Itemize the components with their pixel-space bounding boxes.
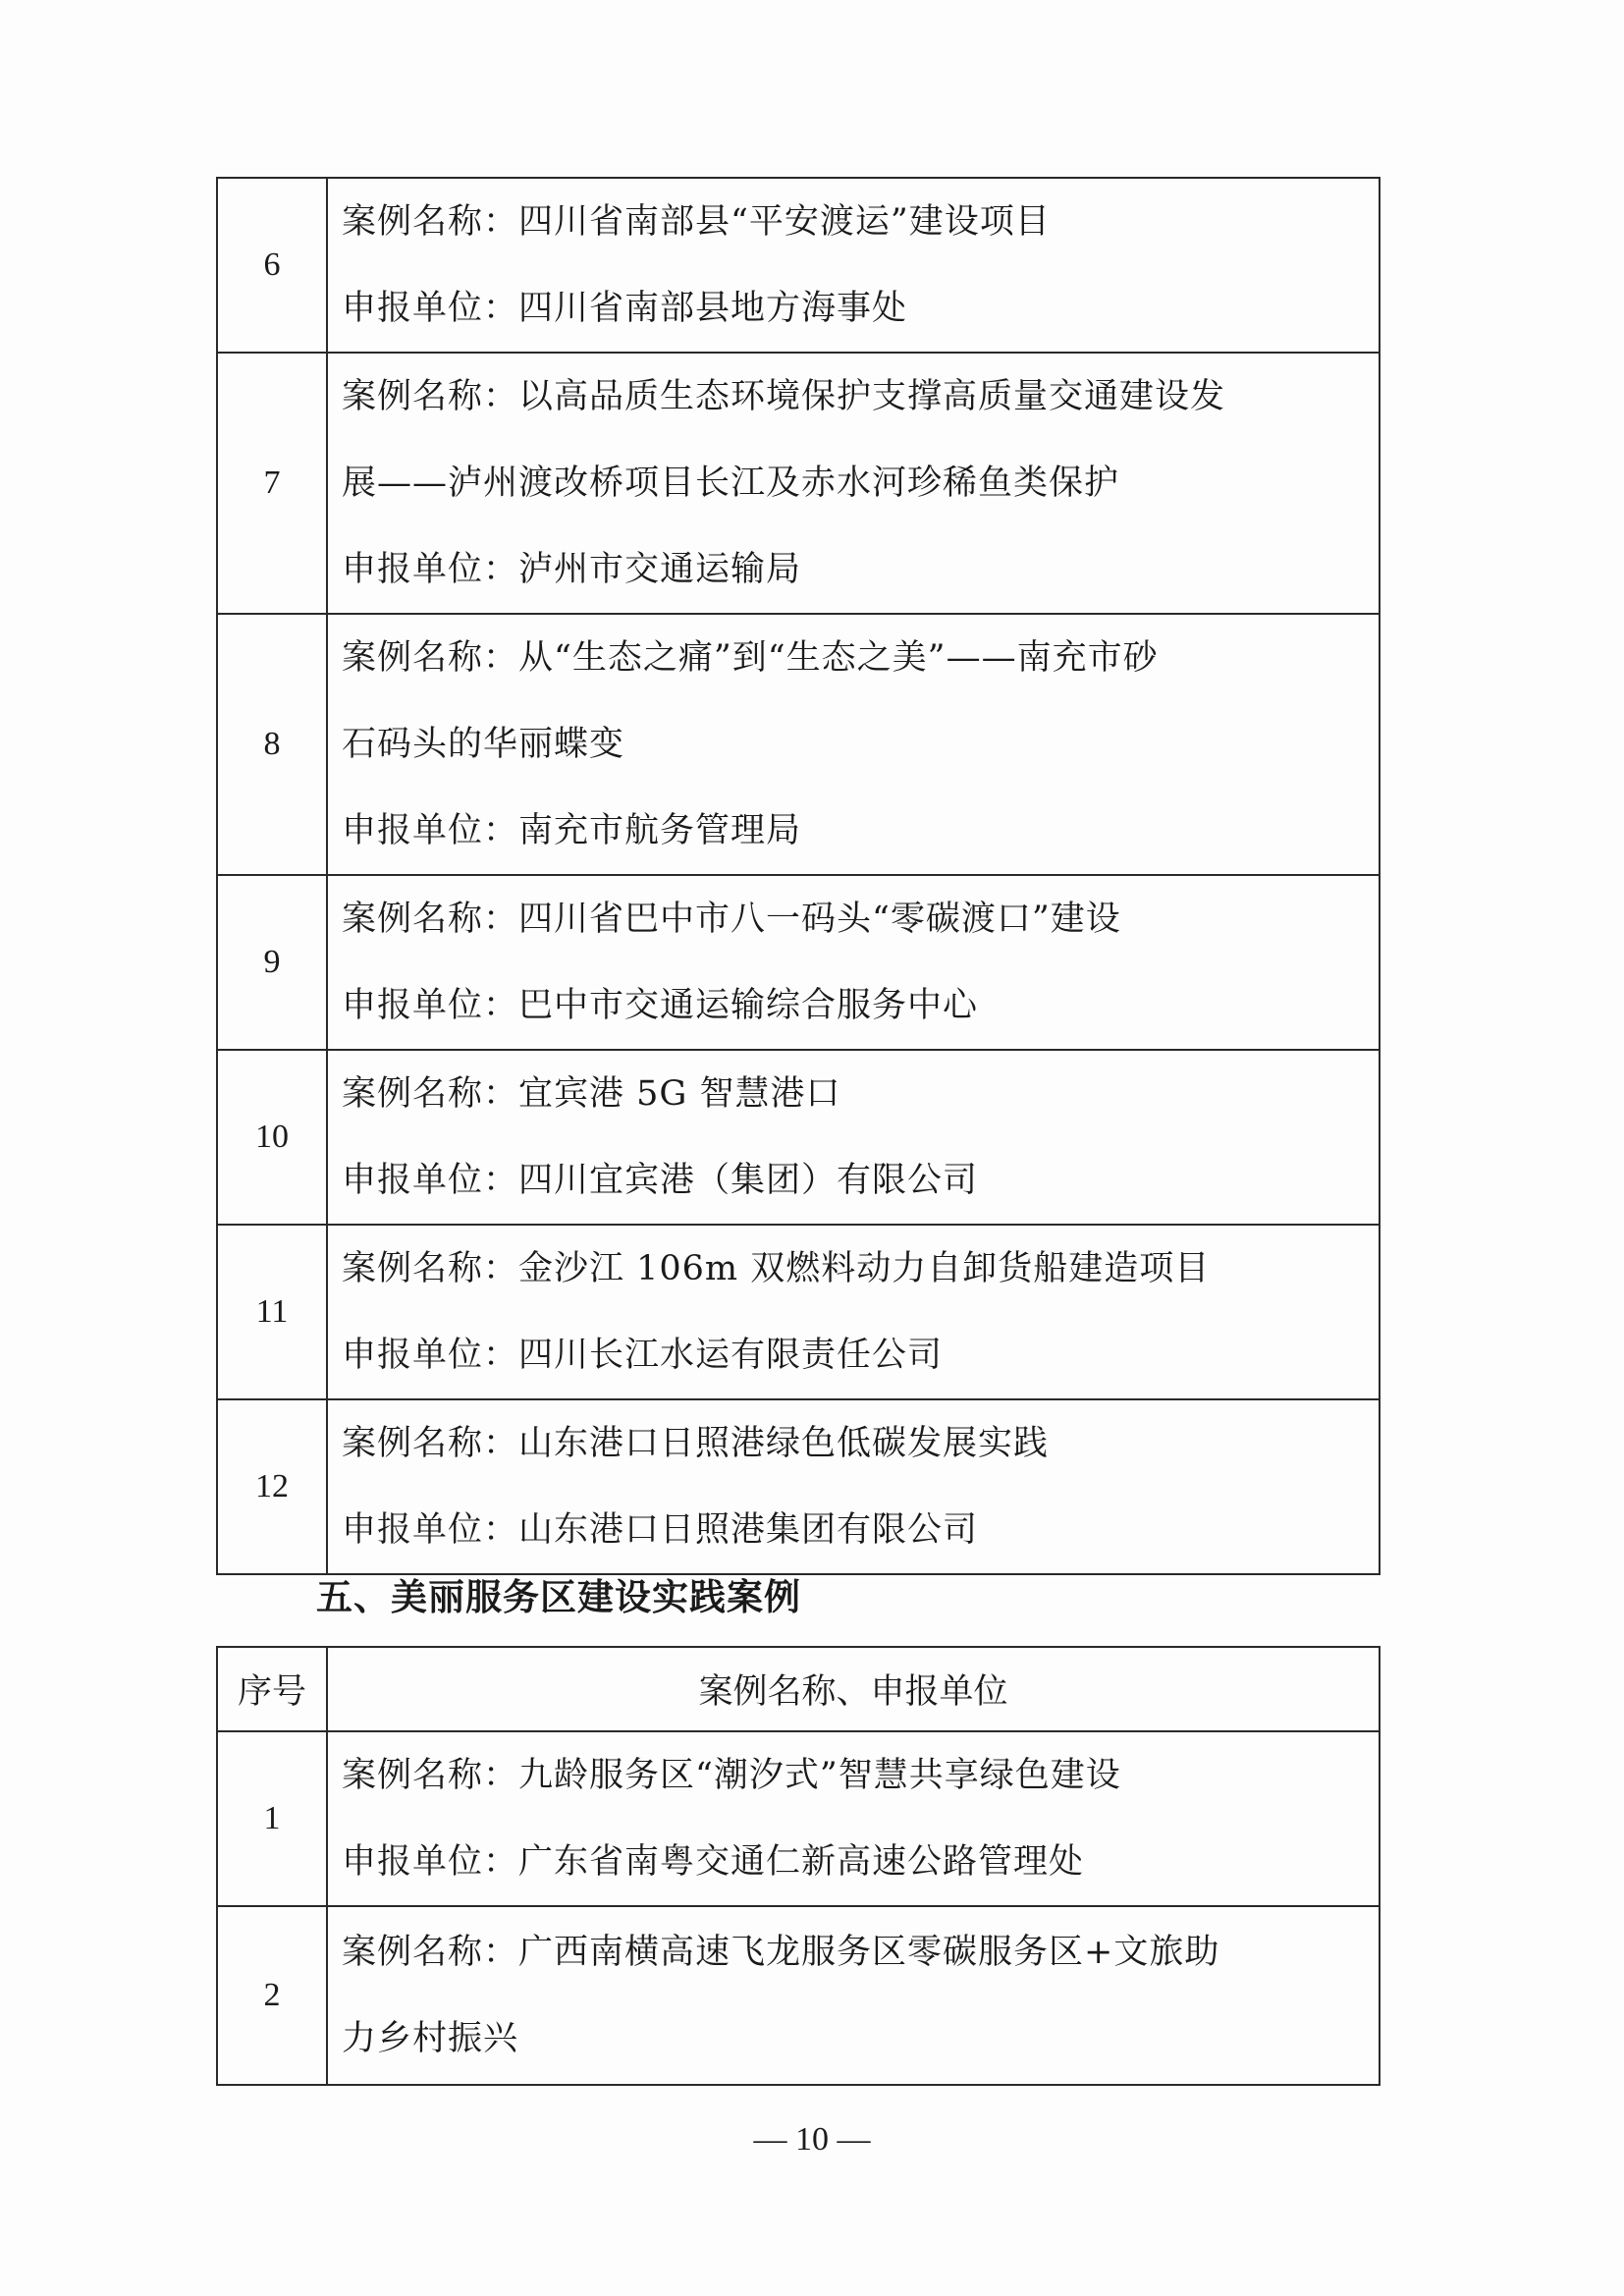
applicant: 申报单位：四川长江水运有限责任公司 bbox=[342, 1312, 1379, 1398]
case-name: 案例名称：从“生态之痛”到“生态之美”——南充市砂 bbox=[342, 615, 1379, 701]
table-row: 7 案例名称：以高品质生态环境保护支撑高质量交通建设发 展——泸州渡改桥项目长江… bbox=[217, 353, 1380, 614]
case-name: 案例名称：广西南横高速飞龙服务区零碳服务区+文旅助 bbox=[342, 1909, 1379, 1995]
row-content: 案例名称：四川省南部县“平安渡运”建设项目 申报单位：四川省南部县地方海事处 bbox=[327, 178, 1380, 353]
header-content: 案例名称、申报单位 bbox=[327, 1647, 1380, 1731]
table-row: 9 案例名称：四川省巴中市八一码头“零碳渡口”建设 申报单位：巴中市交通运输综合… bbox=[217, 875, 1380, 1050]
row-number: 6 bbox=[217, 178, 327, 353]
case-name: 案例名称：四川省南部县“平安渡运”建设项目 bbox=[342, 179, 1379, 265]
row-content: 案例名称：金沙江 106m 双燃料动力自卸货船建造项目 申报单位：四川长江水运有… bbox=[327, 1225, 1380, 1399]
applicant: 申报单位：四川省南部县地方海事处 bbox=[342, 265, 1379, 352]
row-content: 案例名称：山东港口日照港绿色低碳发展实践 申报单位：山东港口日照港集团有限公司 bbox=[327, 1399, 1380, 1574]
applicant: 申报单位：四川宜宾港（集团）有限公司 bbox=[342, 1137, 1379, 1224]
table-row: 11 案例名称：金沙江 106m 双燃料动力自卸货船建造项目 申报单位：四川长江… bbox=[217, 1225, 1380, 1399]
row-content: 案例名称：九龄服务区“潮汐式”智慧共享绿色建设 申报单位：广东省南粤交通仁新高速… bbox=[327, 1731, 1380, 1906]
applicant: 申报单位：广东省南粤交通仁新高速公路管理处 bbox=[342, 1819, 1379, 1905]
case-name-cont: 石码头的华丽蝶变 bbox=[342, 701, 1379, 788]
row-number: 7 bbox=[217, 353, 327, 614]
header-number: 序号 bbox=[217, 1647, 327, 1731]
applicant: 申报单位：泸州市交通运输局 bbox=[342, 526, 1379, 613]
case-name-cont: 力乡村振兴 bbox=[342, 1995, 1379, 2082]
row-content: 案例名称：宜宾港 5G 智慧港口 申报单位：四川宜宾港（集团）有限公司 bbox=[327, 1050, 1380, 1225]
cases-table-section5: 序号 案例名称、申报单位 1 案例名称：九龄服务区“潮汐式”智慧共享绿色建设 申… bbox=[216, 1646, 1380, 2086]
cases-table-section4: 6 案例名称：四川省南部县“平安渡运”建设项目 申报单位：四川省南部县地方海事处… bbox=[216, 177, 1380, 1575]
case-name: 案例名称：宜宾港 5G 智慧港口 bbox=[342, 1051, 1379, 1137]
row-number: 1 bbox=[217, 1731, 327, 1906]
applicant: 申报单位：山东港口日照港集团有限公司 bbox=[342, 1487, 1379, 1573]
table-row: 12 案例名称：山东港口日照港绿色低碳发展实践 申报单位：山东港口日照港集团有限… bbox=[217, 1399, 1380, 1574]
case-name: 案例名称：金沙江 106m 双燃料动力自卸货船建造项目 bbox=[342, 1226, 1379, 1312]
case-name-cont: 展——泸州渡改桥项目长江及赤水河珍稀鱼类保护 bbox=[342, 440, 1379, 526]
section-heading: 五、美丽服务区建设实践案例 bbox=[316, 1567, 801, 1620]
row-content: 案例名称：以高品质生态环境保护支撑高质量交通建设发 展——泸州渡改桥项目长江及赤… bbox=[327, 353, 1380, 614]
row-content: 案例名称：四川省巴中市八一码头“零碳渡口”建设 申报单位：巴中市交通运输综合服务… bbox=[327, 875, 1380, 1050]
row-number: 10 bbox=[217, 1050, 327, 1225]
row-number: 12 bbox=[217, 1399, 327, 1574]
case-name: 案例名称：四川省巴中市八一码头“零碳渡口”建设 bbox=[342, 876, 1379, 962]
table-row: 1 案例名称：九龄服务区“潮汐式”智慧共享绿色建设 申报单位：广东省南粤交通仁新… bbox=[217, 1731, 1380, 1906]
table-row: 10 案例名称：宜宾港 5G 智慧港口 申报单位：四川宜宾港（集团）有限公司 bbox=[217, 1050, 1380, 1225]
row-content: 案例名称：从“生态之痛”到“生态之美”——南充市砂 石码头的华丽蝶变 申报单位：… bbox=[327, 614, 1380, 875]
case-name: 案例名称：九龄服务区“潮汐式”智慧共享绿色建设 bbox=[342, 1732, 1379, 1819]
table-row: 8 案例名称：从“生态之痛”到“生态之美”——南充市砂 石码头的华丽蝶变 申报单… bbox=[217, 614, 1380, 875]
row-number: 8 bbox=[217, 614, 327, 875]
row-content: 案例名称：广西南横高速飞龙服务区零碳服务区+文旅助 力乡村振兴 bbox=[327, 1906, 1380, 2085]
table-header-row: 序号 案例名称、申报单位 bbox=[217, 1647, 1380, 1731]
case-name: 案例名称：山东港口日照港绿色低碳发展实践 bbox=[342, 1400, 1379, 1487]
row-number: 9 bbox=[217, 875, 327, 1050]
table-row: 6 案例名称：四川省南部县“平安渡运”建设项目 申报单位：四川省南部县地方海事处 bbox=[217, 178, 1380, 353]
applicant: 申报单位：巴中市交通运输综合服务中心 bbox=[342, 962, 1379, 1049]
table-row: 2 案例名称：广西南横高速飞龙服务区零碳服务区+文旅助 力乡村振兴 bbox=[217, 1906, 1380, 2085]
applicant: 申报单位：南充市航务管理局 bbox=[342, 788, 1379, 874]
case-name: 案例名称：以高品质生态环境保护支撑高质量交通建设发 bbox=[342, 354, 1379, 440]
row-number: 11 bbox=[217, 1225, 327, 1399]
page-number: — 10 — bbox=[0, 2121, 1624, 2159]
row-number: 2 bbox=[217, 1906, 327, 2085]
